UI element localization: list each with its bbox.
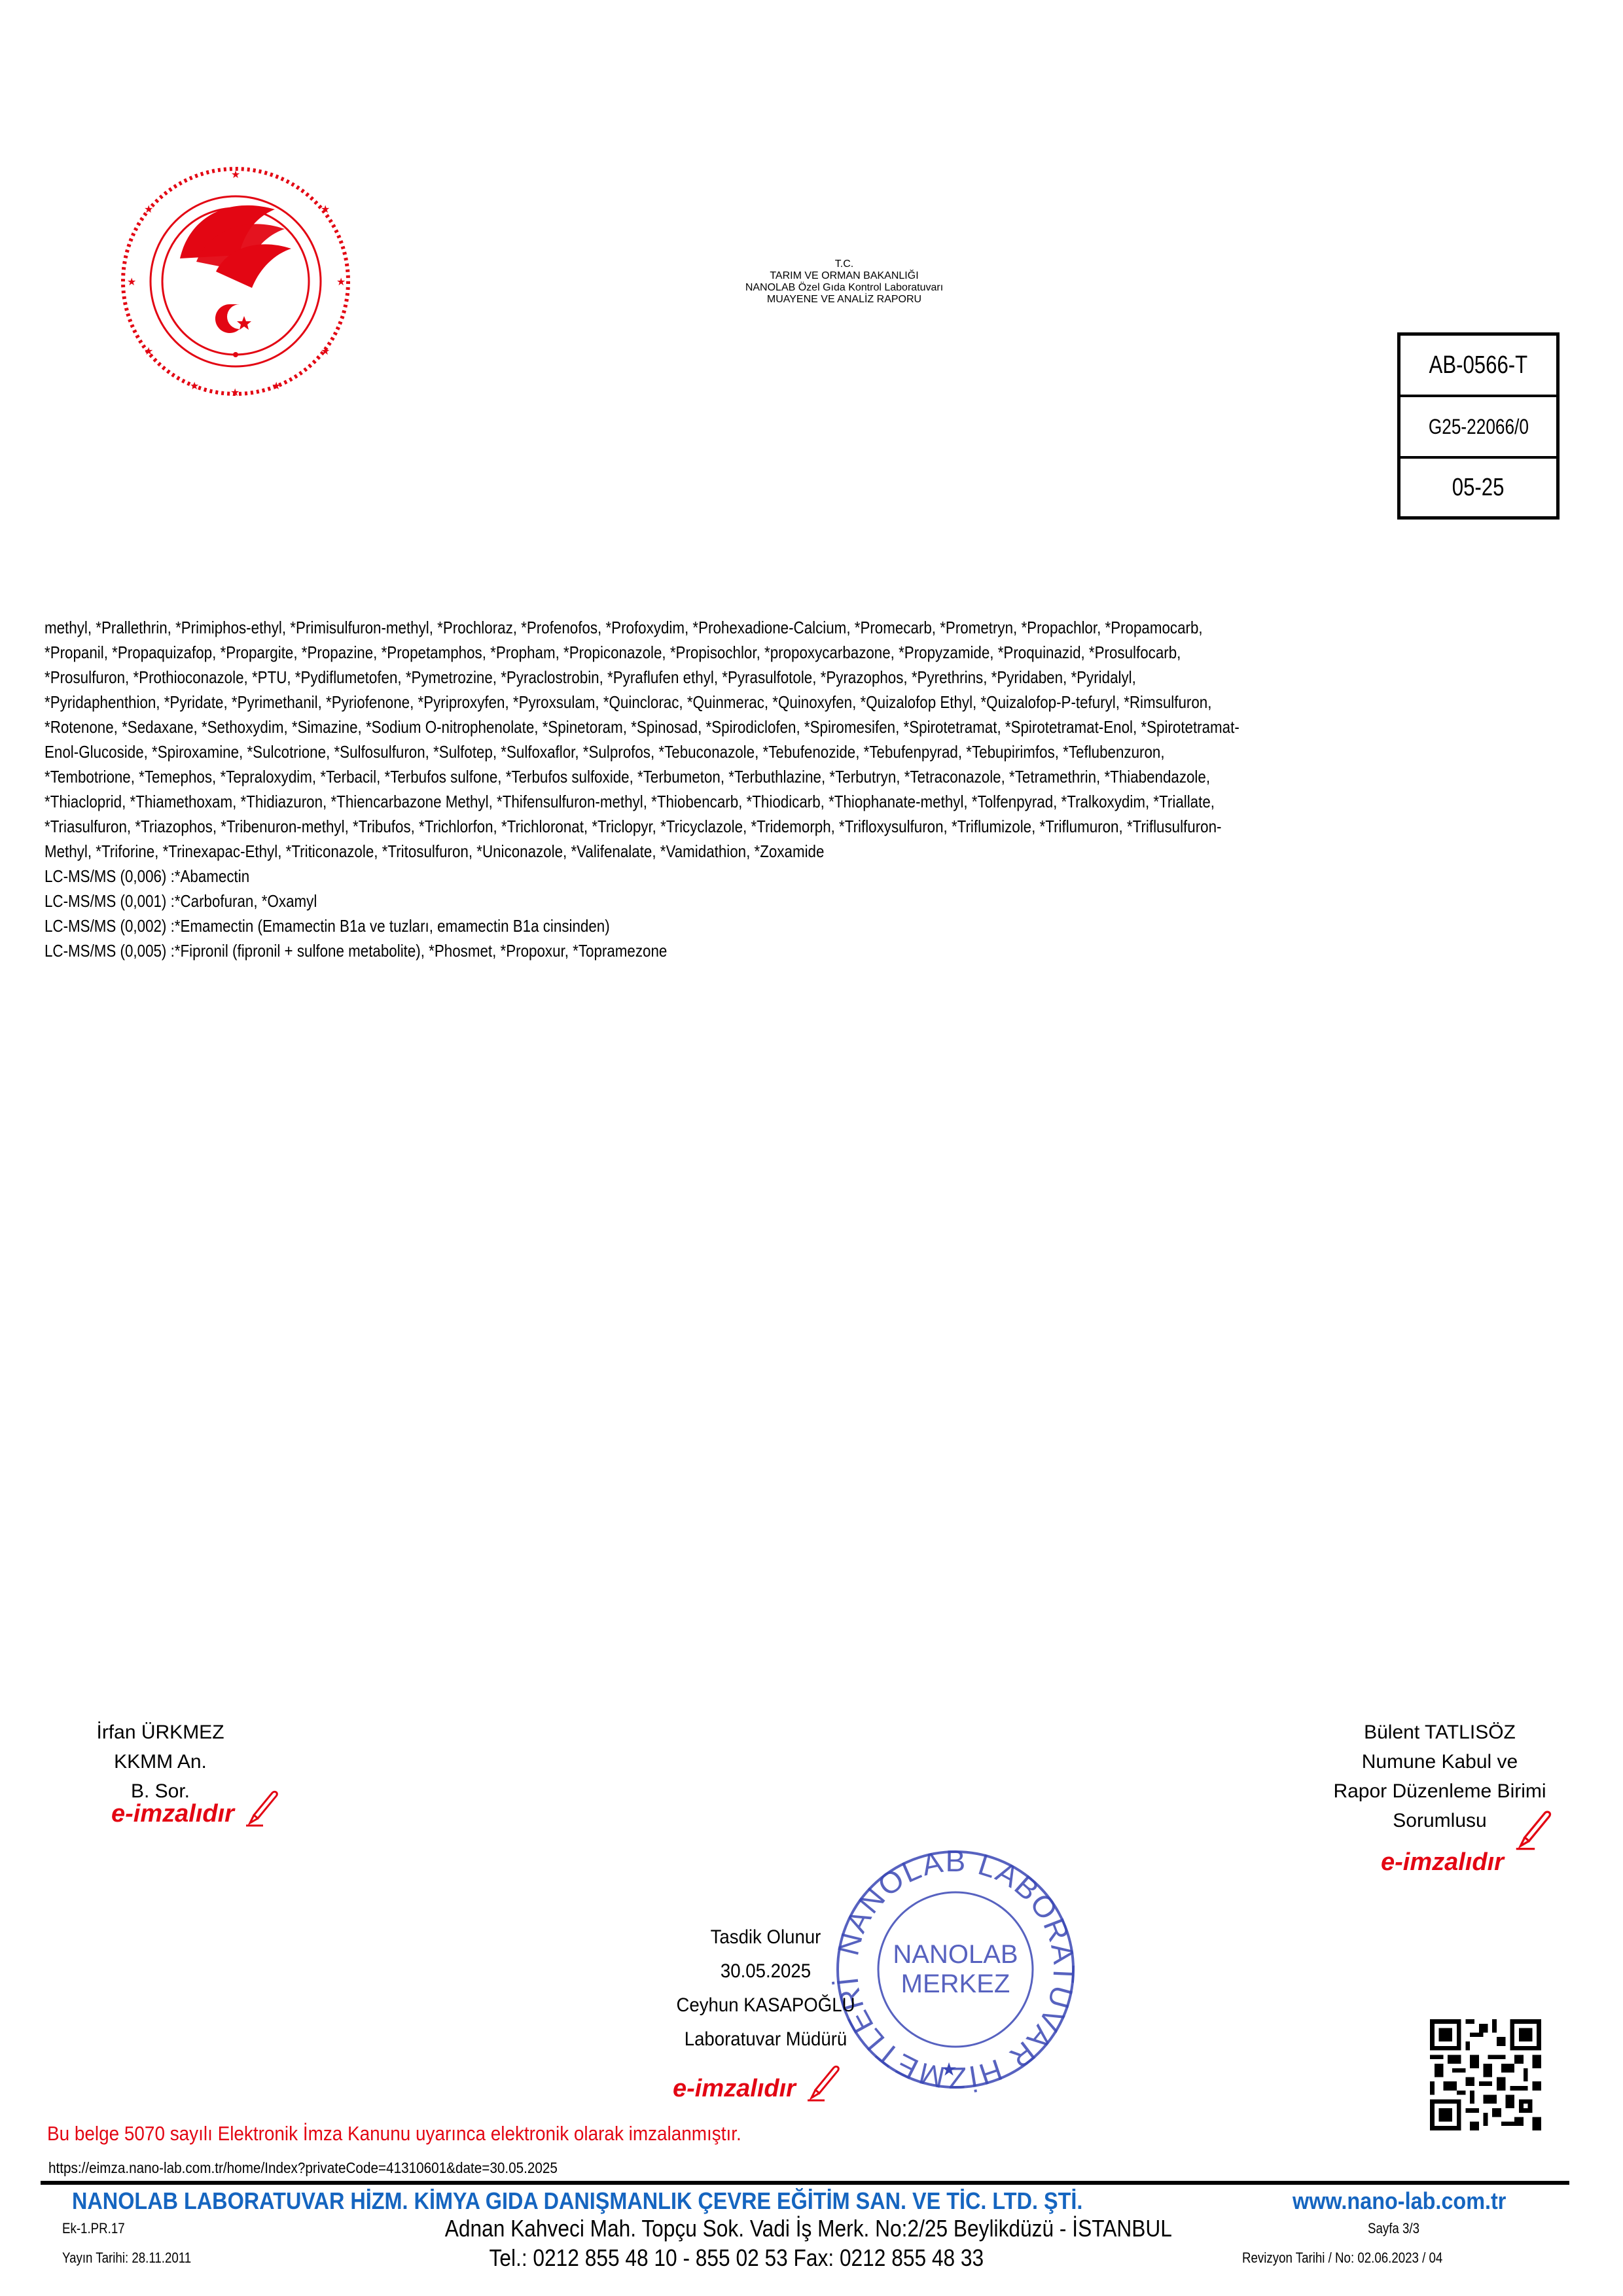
method-line: LC-MS/MS (0,001) :*Carbofuran, *Oxamyl [45, 889, 1350, 913]
footer-divider [41, 2181, 1569, 2185]
esign-badge-middle: e-imzalıdır [673, 2061, 844, 2103]
svg-text:★: ★ [144, 204, 153, 215]
method-line: LC-MS/MS (0,002) :*Emamectin (Emamectin … [45, 913, 1350, 938]
date-code: 05-25 [1400, 459, 1556, 516]
accreditation-code: AB-0566-T [1400, 336, 1556, 397]
report-code-box: AB-0566-T G25-22066/0 05-25 [1397, 332, 1560, 520]
svg-text:★: ★ [336, 277, 346, 288]
fountain-pen-icon [802, 2061, 844, 2103]
svg-text:★: ★ [127, 277, 136, 288]
header-tc: T.C. [380, 258, 1309, 270]
analyte-line: *Tembotrione, *Temephos, *Tepraloxydim, … [45, 764, 1350, 789]
analyte-line: *Rotenone, *Sedaxane, *Sethoxydim, *Sima… [45, 715, 1350, 739]
svg-text:★: ★ [321, 204, 330, 215]
analyte-line: *Thiacloprid, *Thiamethoxam, *Thidiazuro… [45, 789, 1350, 814]
esign-badge-left: e-imzalıdır [111, 1786, 283, 1828]
verification-link[interactable]: https://eimza.nano-lab.com.tr/home/Index… [48, 2159, 558, 2177]
legal-notice: Bu belge 5070 sayılı Elektronik İmza Kan… [47, 2122, 741, 2146]
svg-text:MERKEZ: MERKEZ [901, 1969, 1010, 1998]
esign-badge-right: e-imzalıdır [1381, 1848, 1504, 1877]
svg-text:★: ★ [230, 387, 240, 398]
svg-text:★: ★ [231, 169, 240, 181]
svg-text:★: ★ [144, 346, 153, 357]
svg-text:★: ★ [321, 346, 330, 357]
analyte-line: *Triasulfuron, *Triazophos, *Tribenuron-… [45, 814, 1350, 839]
signer-name: Bülent TATLISÖZ [1322, 1718, 1558, 1747]
esign-label: e-imzalıdır [673, 2075, 796, 2103]
signer-role: KKMM An. [85, 1747, 236, 1776]
header-ministry: TARIM VE ORMAN BAKANLIĞI [380, 270, 1309, 282]
qr-code-icon[interactable] [1430, 2019, 1541, 2130]
svg-text:★: ★ [272, 381, 281, 392]
analyte-list: methyl, *Prallethrin, *Primiphos-ethyl, … [45, 615, 1563, 963]
revision-info: Revizyon Tarihi / No: 02.06.2023 / 04 [1242, 2250, 1442, 2267]
signature-approval: Tasdik Olunur 30.05.2025 Ceyhun KASAPOĞL… [648, 1920, 883, 2057]
svg-text:★: ★ [190, 381, 199, 392]
fountain-pen-icon [1510, 1806, 1556, 1852]
signer-role: Numune Kabul ve [1322, 1747, 1558, 1776]
analyte-line: *Prosulfuron, *Prothioconazole, *PTU, *P… [45, 665, 1350, 690]
page-number: Sayfa 3/3 [1368, 2220, 1419, 2237]
method-line: LC-MS/MS (0,005) :*Fipronil (fipronil + … [45, 938, 1350, 963]
signer-role: Laboratuvar Müdürü [657, 2022, 874, 2057]
signer-name: Ceyhun KASAPOĞLU [657, 1988, 874, 2022]
page-title: MUAYENE VE ANALİZ RAPORU [380, 294, 1309, 306]
esign-label: e-imzalıdır [1381, 1848, 1504, 1877]
esign-label: e-imzalıdır [111, 1800, 234, 1828]
analyte-line: methyl, *Prallethrin, *Primiphos-ethyl, … [45, 615, 1350, 640]
analyte-line: Methyl, *Triforine, *Trinexapac-Ethyl, *… [45, 839, 1350, 864]
header-lab-name: NANOLAB Özel Gıda Kontrol Laboratuvarı [380, 282, 1309, 294]
fountain-pen-icon [241, 1786, 283, 1828]
company-name: NANOLAB LABORATUVAR HİZM. KİMYA GIDA DAN… [72, 2187, 1082, 2215]
report-number: G25-22066/0 [1400, 397, 1556, 459]
report-header: T.C. TARIM VE ORMAN BAKANLIĞI NANOLAB Öz… [380, 258, 1309, 306]
analyte-line: *Pyridaphenthion, *Pyridate, *Pyrimethan… [45, 690, 1350, 715]
method-list: LC-MS/MS (0,006) :*Abamectin LC-MS/MS (0… [45, 864, 1563, 963]
svg-text:★: ★ [940, 2059, 957, 2079]
ministry-seal-icon: ★ ★★ ★★ ★★ ★★ ★ [118, 164, 353, 399]
approval-label: Tasdik Olunur [657, 1920, 874, 1954]
analyte-line: Enol-Glucoside, *Spiroxamine, *Sulcotrio… [45, 739, 1350, 764]
approval-date: 30.05.2025 [657, 1954, 874, 1988]
website-link[interactable]: www.nano-lab.com.tr [1293, 2187, 1506, 2215]
method-line: LC-MS/MS (0,006) :*Abamectin [45, 864, 1350, 889]
analyte-line: *Propanil, *Propaquizafop, *Propargite, … [45, 640, 1350, 665]
signer-name: İrfan ÜRKMEZ [85, 1718, 236, 1747]
svg-text:NANOLAB: NANOLAB [893, 1940, 1018, 1969]
signer-role: Rapor Düzenleme Birimi [1322, 1776, 1558, 1806]
